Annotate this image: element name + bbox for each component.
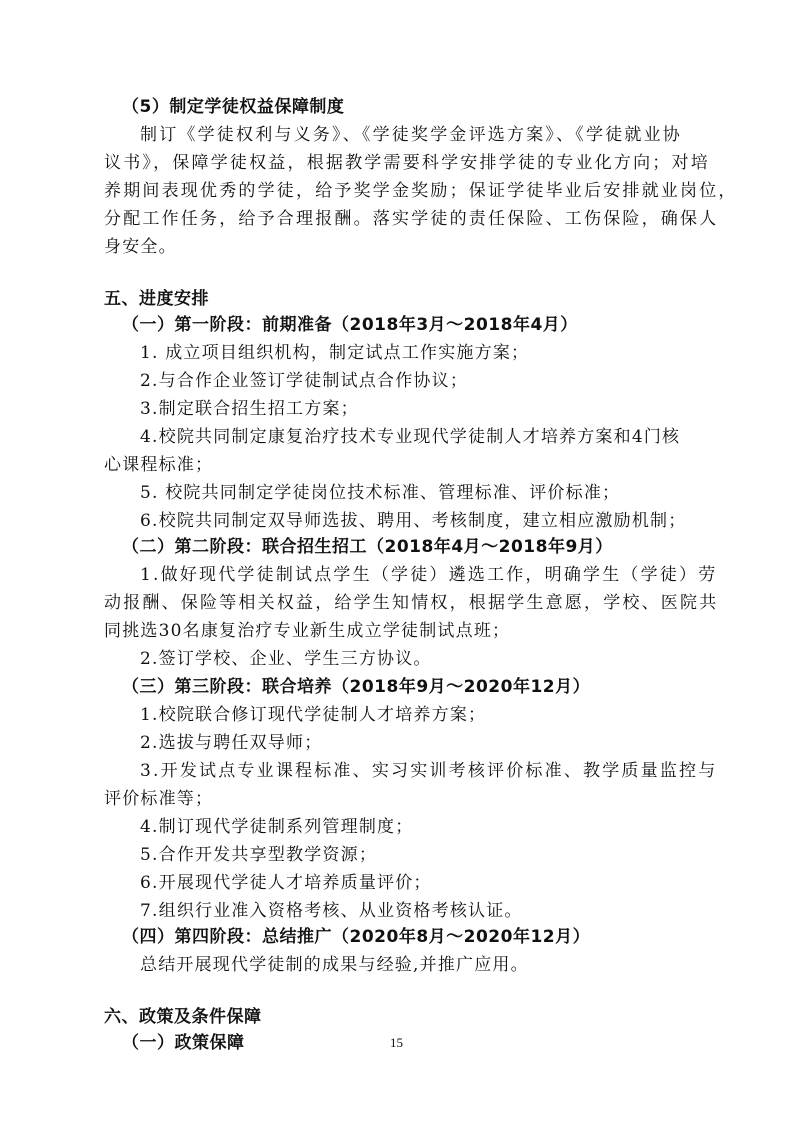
list-item: 动报酬、保险等相关权益，给学生知情权，根据学生意愿，学校、医院共 xyxy=(104,592,718,614)
list-item: 2.与合作企业签订学徒制试点合作协议； xyxy=(140,370,468,392)
list-item: 3.开发试点专业课程标准、实习实训考核评价标准、教学质量监控与 xyxy=(140,760,717,782)
paragraph-line: 身安全。 xyxy=(104,236,177,258)
list-item: 同挑选30名康复治疗专业新生成立学徒制试点班； xyxy=(104,620,510,642)
section-heading: （5）制定学徒权益保障制度 xyxy=(122,96,344,118)
list-item: 2.签订学校、企业、学生三方协议。 xyxy=(140,648,432,670)
paragraph-line: 制订《学徒权利与义务》、《学徒奖学金评选方案》、《学徒就业协 xyxy=(140,124,682,146)
chapter-heading: 五、进度安排 xyxy=(104,288,209,310)
list-item: 7.组织行业准入资格考核、从业资格考核认证。 xyxy=(140,900,523,922)
chapter-heading: 六、政策及条件保障 xyxy=(104,1006,262,1028)
list-item: 4.制订现代学徒制系列管理制度； xyxy=(140,816,413,838)
stage-heading: （一）第一阶段：前期准备（2018年3月～2018年4月） xyxy=(122,314,578,336)
list-item: 6.开展现代学徒人才培养质量评价； xyxy=(140,872,432,894)
list-item: 6.校院共同制定双导师选拔、聘用、考核制度，建立相应激励机制； xyxy=(140,510,686,532)
list-item: 5.合作开发共享型教学资源； xyxy=(140,844,377,866)
paragraph-line: 议书》，保障学徒权益，根据教学需要科学安排学徒的专业化方向；对培 xyxy=(104,152,710,174)
list-item: 3.制定联合招生招工方案； xyxy=(140,398,359,420)
stage-heading: （二）第二阶段：联合招生招工（2018年4月～2018年9月） xyxy=(122,536,613,558)
list-item: 4.校院共同制定康复治疗技术专业现代学徒制人才培养方案和4门核 xyxy=(140,426,680,448)
stage-heading: （四）第四阶段：总结推广（2020年8月～2020年12月） xyxy=(122,926,590,948)
list-item: 1.校院联合修订现代学徒制人才培养方案； xyxy=(140,704,486,726)
list-item: 评价标准等； xyxy=(104,788,213,810)
list-item: 5. 校院共同制定学徒岗位技术标准、管理标准、评价标准； xyxy=(140,482,620,504)
page-number: 15 xyxy=(0,1035,793,1051)
stage-heading: （三）第三阶段：联合培养（2018年9月～2020年12月） xyxy=(122,676,590,698)
list-item: 心课程标准； xyxy=(104,454,213,476)
list-item: 2.选拔与聘任双导师； xyxy=(140,732,322,754)
list-item: 1. 成立项目组织机构，制定试点工作实施方案； xyxy=(140,342,529,364)
list-item: 1.做好现代学徒制试点学生（学徒）遴选工作，明确学生（学徒）劳 xyxy=(140,564,717,586)
list-item: 总结开展现代学徒制的成果与经验,并推广应用。 xyxy=(140,954,529,976)
paragraph-line: 养期间表现优秀的学徒，给予奖学金奖励；保证学徒毕业后安排就业岗位， xyxy=(104,180,738,202)
paragraph-line: 分配工作任务，给予合理报酬。落实学徒的责任保险、工伤保险，确保人 xyxy=(104,208,718,230)
